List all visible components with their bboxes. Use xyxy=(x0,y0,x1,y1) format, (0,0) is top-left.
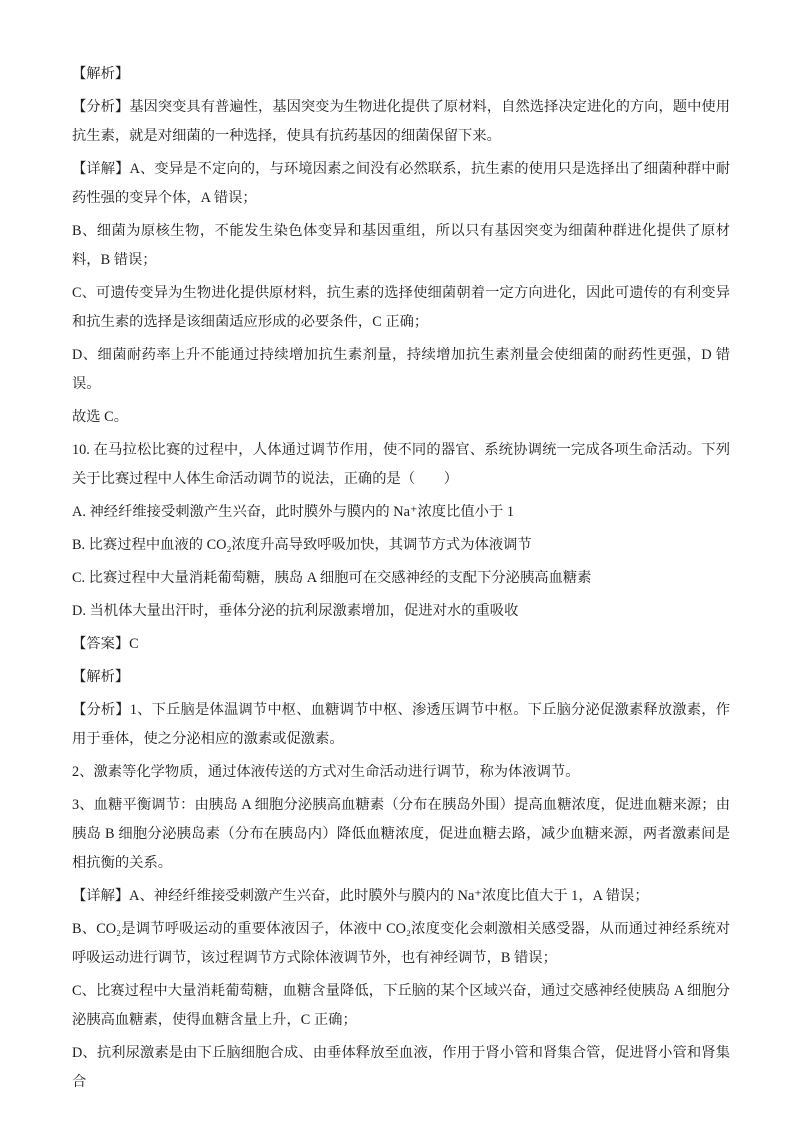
detail-q9-option-c: C、可遗传变异为生物进化提供原材料，抗生素的选择使细菌朝着一定方向进化，因此可遗… xyxy=(72,279,730,337)
section-label-jiexi-q9: 【解析】 xyxy=(72,60,730,89)
analysis-q10-point-2: 2、激素等化学物质，通过体液传送的方式对生命活动进行调节，称为体液调节。 xyxy=(72,758,730,787)
analysis-q10-point-3: 3、血糖平衡调节：由胰岛 A 细胞分泌胰高血糖素（分布在胰岛外围）提高血糖浓度，… xyxy=(72,791,730,878)
detail-q9-option-d: D、细菌耐药率上升不能通过持续增加抗生素剂量，持续增加抗生素剂量会使细菌的耐药性… xyxy=(72,341,730,399)
detail-q10-option-d: D、抗利尿激素是由下丘脑细胞合成、由垂体释放至血液，作用于肾小管和肾集合管，促进… xyxy=(72,1039,730,1097)
question-10-stem: 10. 在马拉松比赛的过程中，人体通过调节作用，使不同的器官、系统协调统一完成各… xyxy=(72,436,730,494)
detail-q10-option-b: B、CO₂是调节呼吸运动的重要体液因子，体液中 CO₂浓度变化会刺激相关感受器，… xyxy=(72,915,730,973)
detail-q10-option-c: C、比赛过程中大量消耗葡萄糖，血糖含量降低，下丘脑的某个区域兴奋，通过交感神经使… xyxy=(72,977,730,1035)
analysis-q10-point-1: 【分析】1、下丘脑是体温调节中枢、血糖调节中枢、渗透压调节中枢。下丘脑分泌促激素… xyxy=(72,696,730,754)
conclusion-q9: 故选 C。 xyxy=(72,403,730,432)
question-10-option-d: D. 当机体大量出汗时，垂体分泌的抗利尿激素增加，促进对水的重吸收 xyxy=(72,597,730,626)
question-10-option-a: A. 神经纤维接受刺激产生兴奋，此时膜外与膜内的 Na⁺浓度比值小于 1 xyxy=(72,498,730,527)
detail-q9-option-a: 【详解】A、变异是不定向的，与环境因素之间没有必然联系，抗生素的使用只是选择出了… xyxy=(72,155,730,213)
detail-q9-option-b: B、细菌为原核生物，不能发生染色体变异和基因重组，所以只有基因突变为细菌种群进化… xyxy=(72,217,730,275)
detail-q10-option-a: 【详解】A、神经纤维接受刺激产生兴奋，此时膜外与膜内的 Na⁺浓度比值大于 1，… xyxy=(72,882,730,911)
question-10-option-c: C. 比赛过程中大量消耗葡萄糖，胰岛 A 细胞可在交感神经的支配下分泌胰高血糖素 xyxy=(72,564,730,593)
document-page: 【解析】 【分析】基因突变具有普遍性，基因突变为生物进化提供了原材料，自然选择决… xyxy=(0,0,800,1131)
analysis-q9: 【分析】基因突变具有普遍性，基因突变为生物进化提供了原材料，自然选择决定进化的方… xyxy=(72,93,730,151)
question-10-option-b: B. 比赛过程中血液的 CO₂浓度升高导致呼吸加快，其调节方式为体液调节 xyxy=(72,531,730,560)
answer-q10: 【答案】C xyxy=(72,630,730,659)
section-label-jiexi-q10: 【解析】 xyxy=(72,663,730,692)
